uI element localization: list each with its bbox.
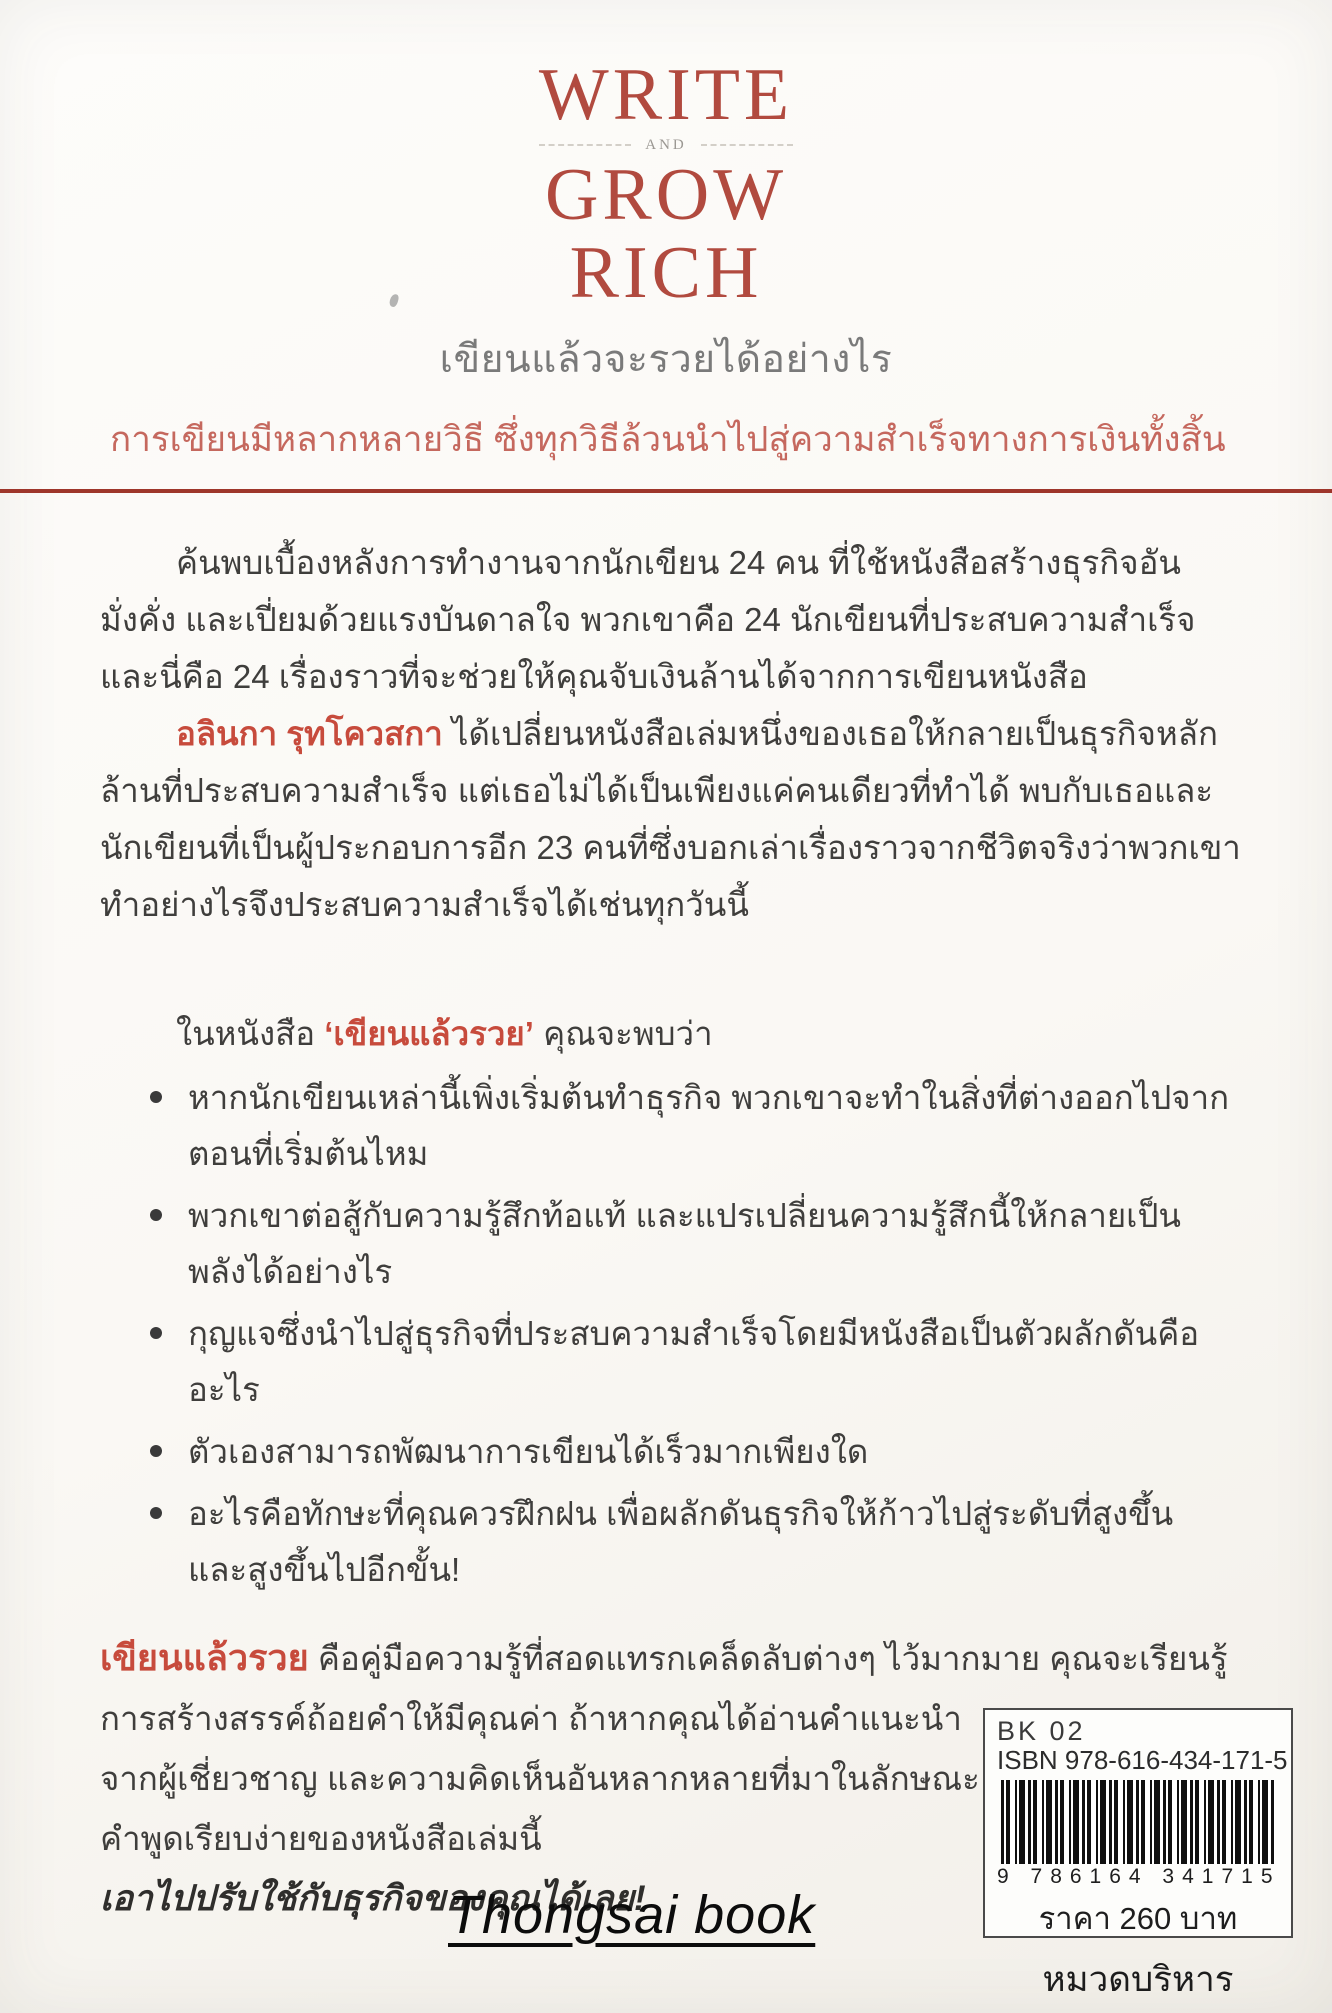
bullet-line: กุญแจซึ่งนำไปสู่ธุรกิจที่ประสบความสำเร็จ… (188, 1306, 1199, 1362)
paragraph-line: และนี่คือ 24 เรื่องราวที่จะช่วยให้คุณจับ… (100, 648, 1195, 705)
bullet-line: พลังได้อย่างไร (188, 1244, 1181, 1300)
logo-word-and: AND (645, 137, 687, 154)
bullet-icon (150, 1091, 162, 1103)
book-subtitle: เขียนแล้วจะรวยได้อย่างไร (0, 328, 1332, 390)
bullet-icon (150, 1327, 162, 1339)
logo-word-grow: GROW (0, 156, 1332, 234)
seller-watermark: Thongsai book (448, 1884, 815, 1946)
bullet-line: อะไร (188, 1362, 1199, 1418)
paragraph-discover: ค้นพบเบื้องหลังการทำงานจากนักเขียน 24 คน… (100, 534, 1195, 705)
book-tagline: การเขียนมีหลากหลายวิธี ซึ่งทุกวิธีล้วนนำ… (110, 412, 1226, 467)
category-label: หมวดบริหาร (983, 1952, 1293, 2007)
intro-prefix: ในหนังสือ (176, 1015, 324, 1052)
bullet-icon (150, 1507, 162, 1519)
paragraph-line: ค้นพบเบื้องหลังการทำงานจากนักเขียน 24 คน… (100, 534, 1195, 591)
list-item: พวกเขาต่อสู้กับความรู้สึกท้อแท้ และแปรเป… (150, 1188, 1229, 1300)
paragraph-line-rest: ได้เปลี่ยนหนังสือเล่มหนึ่งของเธอให้กลายเ… (443, 715, 1218, 752)
shelf-code: BK 02 (997, 1716, 1279, 1746)
bullet-icon (150, 1445, 162, 1457)
ornament-dash-right (701, 144, 793, 146)
bullet-icon (150, 1209, 162, 1221)
list-item: หากนักเขียนเหล่านี้เพิ่งเริ่มต้นทำธุรกิจ… (150, 1070, 1229, 1182)
list-item: กุญแจซึ่งนำไปสู่ธุรกิจที่ประสบความสำเร็จ… (150, 1306, 1229, 1418)
intro-suffix: คุณจะพบว่า (534, 1015, 713, 1052)
paragraph-line: นักเขียนที่เป็นผู้ประกอบการอีก 23 คนที่ซ… (100, 819, 1241, 876)
paragraph-line: เขียนแล้วรวย คือคู่มือความรู้ที่สอดแทรกเ… (100, 1628, 1228, 1689)
author-name: อลินกา รุทโควสกา (176, 715, 443, 752)
bullet-line: ตอนที่เริ่มต้นไหม (188, 1126, 1229, 1182)
ean-digits: 9 786164 341715 (997, 1865, 1279, 1889)
isbn-number: ISBN 978-616-434-171-5 (997, 1746, 1279, 1774)
red-divider-line (0, 489, 1332, 493)
paragraph-line: ทำอย่างไรจึงประสบความสำเร็จได้เช่นทุกวัน… (100, 876, 1241, 933)
list-item: อะไรคือทักษะที่คุณควรฝึกฝน เพื่อผลักดันธ… (150, 1486, 1229, 1598)
bullet-line: หากนักเขียนเหล่านี้เพิ่งเริ่มต้นทำธุรกิจ… (188, 1070, 1229, 1126)
barcode-image (1001, 1780, 1275, 1864)
bullet-line: และสูงขึ้นไปอีกขั้น! (188, 1542, 1173, 1598)
book-back-cover: WRITE AND GROW RICH เขียนแล้วจะรวยได้อย่… (0, 0, 1332, 2013)
price-label: ราคา 260 บาท (997, 1893, 1279, 1943)
barcode-price-box: BK 02 ISBN 978-616-434-171-5 9 786164 34… (983, 1708, 1293, 1938)
list-item: ตัวเองสามารถพัฒนาการเขียนได้เร็วมากเพียง… (150, 1424, 1229, 1480)
paragraph-author: อลินกา รุทโควสกา ได้เปลี่ยนหนังสือเล่มหน… (100, 705, 1241, 933)
ornament-dash-left (539, 144, 631, 146)
bullet-line: พวกเขาต่อสู้กับความรู้สึกท้อแท้ และแปรเป… (188, 1188, 1181, 1244)
book-title-lead: เขียนแล้วรวย (100, 1637, 309, 1678)
book-title-highlight: ‘เขียนแล้วรวย’ (324, 1015, 534, 1052)
paragraph-line-rest: คือคู่มือความรู้ที่สอดแทรกเคล็ดลับต่างๆ … (309, 1640, 1228, 1677)
bullet-line: อะไรคือทักษะที่คุณควรฝึกฝน เพื่อผลักดันธ… (188, 1486, 1173, 1542)
bullet-line: ตัวเองสามารถพัฒนาการเขียนได้เร็วมากเพียง… (188, 1424, 868, 1480)
paragraph-line: ล้านที่ประสบความสำเร็จ แต่เธอไม่ได้เป็นเ… (100, 762, 1241, 819)
logo-word-write: WRITE (0, 56, 1332, 134)
logo-and-row: AND (0, 136, 1332, 154)
logo-write-grow-rich: WRITE AND GROW RICH (0, 56, 1332, 312)
highlights-list: หากนักเขียนเหล่านี้เพิ่งเริ่มต้นทำธุรกิจ… (150, 1070, 1229, 1604)
logo-word-rich: RICH (0, 234, 1332, 312)
bullet-intro-line: ในหนังสือ ‘เขียนแล้วรวย’ คุณจะพบว่า (176, 1005, 713, 1062)
paragraph-line: มั่งคั่ง และเปี่ยมด้วยแรงบันดาลใจ พวกเขา… (100, 591, 1195, 648)
paragraph-line: อลินกา รุทโควสกา ได้เปลี่ยนหนังสือเล่มหน… (100, 705, 1241, 762)
